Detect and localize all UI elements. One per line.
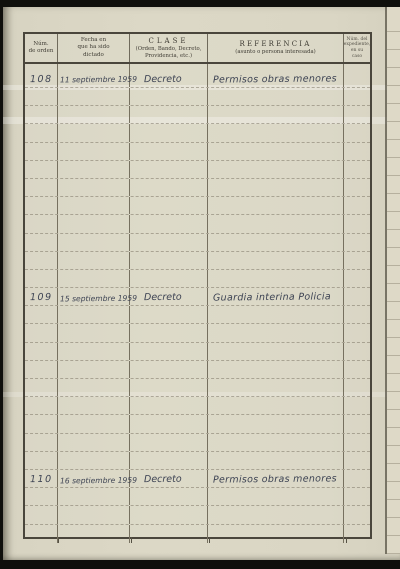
cell-expediente [344, 470, 370, 487]
column-tick [131, 537, 132, 543]
column-tick [58, 537, 59, 543]
cell-num [25, 488, 58, 505]
cell-expediente [344, 215, 370, 232]
header-label: Núm. [33, 41, 48, 48]
cell-clase [130, 88, 208, 105]
cell-num [25, 306, 58, 323]
cell-num [25, 179, 58, 196]
cell-num [25, 415, 58, 432]
cell-clase [130, 415, 208, 432]
table-row [25, 343, 370, 361]
cell-num [25, 525, 58, 543]
cell-fecha [58, 252, 130, 269]
cell-expediente [344, 88, 370, 105]
cell-clase [130, 143, 208, 160]
cell-fecha [58, 179, 130, 196]
cell-num [25, 234, 58, 251]
cell-referencia [208, 361, 344, 378]
cell-expediente [344, 124, 370, 141]
table-row [25, 179, 370, 197]
header-title: CLASE [149, 37, 189, 46]
table-row [25, 379, 370, 397]
cell-num [25, 197, 58, 214]
table-header: Núm. de orden Fecha en que ha sido dicta… [25, 34, 370, 64]
cell-fecha [58, 379, 130, 396]
cell-num [25, 397, 58, 414]
cell-fecha [58, 343, 130, 360]
cell-num [25, 324, 58, 341]
cell-expediente [344, 252, 370, 269]
cell-num [25, 506, 58, 523]
handwritten-clase: Decreto [130, 74, 182, 87]
cell-fecha [58, 415, 130, 432]
cell-clase [130, 525, 208, 543]
cell-num [25, 343, 58, 360]
cell-clase [130, 215, 208, 232]
cell-referencia [208, 397, 344, 414]
cell-expediente [344, 488, 370, 505]
table-row [25, 434, 370, 452]
column-header-fecha: Fecha en que ha sido dictado [58, 34, 130, 62]
cell-referencia [208, 434, 344, 451]
header-subtitle: Providencia, etc.) [145, 53, 192, 60]
cell-expediente [344, 452, 370, 469]
next-page-sliver [387, 7, 400, 554]
cell-referencia [208, 197, 344, 214]
cell-expediente [344, 506, 370, 523]
cell-fecha [58, 506, 130, 523]
cell-referencia [208, 343, 344, 360]
handwritten-clase: Decreto [130, 474, 182, 487]
table-row [25, 306, 370, 324]
cell-num [25, 124, 58, 141]
cell-referencia: Guardia interina Policia [208, 288, 344, 305]
cell-fecha [58, 452, 130, 469]
cell-referencia [208, 415, 344, 432]
cell-num [25, 161, 58, 178]
header-label: caso [352, 54, 362, 60]
header-label: que ha sido [77, 44, 109, 51]
cell-fecha [58, 488, 130, 505]
handwritten-fecha: 15 septiembre 1959 [58, 294, 137, 305]
cell-fecha [58, 234, 130, 251]
cell-clase [130, 506, 208, 523]
cell-fecha [58, 434, 130, 451]
cell-clase [130, 488, 208, 505]
cell-num: 108 [25, 64, 58, 87]
handwritten-referencia: Guardia interina Policia [208, 292, 331, 306]
cell-num [25, 88, 58, 105]
table-row [25, 197, 370, 215]
cell-clase: Decreto [130, 288, 208, 305]
column-tick [346, 537, 347, 543]
table-row [25, 161, 370, 179]
table-row [25, 143, 370, 161]
cell-referencia [208, 506, 344, 523]
table-row: 11016 septiembre 1959DecretoPermisos obr… [25, 470, 370, 488]
cell-expediente [344, 234, 370, 251]
cell-expediente [344, 397, 370, 414]
cell-fecha [58, 270, 130, 287]
handwritten-num: 110 [30, 475, 53, 488]
cell-referencia [208, 252, 344, 269]
table-row: 10811 septiembre 1959DecretoPermisos obr… [25, 64, 370, 88]
cell-fecha [58, 161, 130, 178]
header-title: REFERENCIA [239, 40, 311, 49]
handwritten-num: 108 [30, 74, 53, 87]
cell-expediente [344, 64, 370, 87]
table-row [25, 252, 370, 270]
decree-register-table: Núm. de orden Fecha en que ha sido dicta… [23, 32, 372, 539]
cell-clase [130, 161, 208, 178]
cell-num [25, 215, 58, 232]
cell-referencia [208, 215, 344, 232]
cell-referencia [208, 379, 344, 396]
cell-referencia [208, 452, 344, 469]
cell-num [25, 270, 58, 287]
table-row: 10915 septiembre 1959DecretoGuardia inte… [25, 288, 370, 306]
cell-fecha [58, 143, 130, 160]
cell-clase [130, 324, 208, 341]
cell-clase: Decreto [130, 470, 208, 487]
header-label: Fecha en [81, 37, 106, 44]
cell-clase [130, 252, 208, 269]
cell-referencia [208, 525, 344, 543]
paper-sheet: Núm. de orden Fecha en que ha sido dicta… [3, 7, 400, 560]
cell-clase [130, 379, 208, 396]
cell-clase [130, 397, 208, 414]
cell-referencia [208, 88, 344, 105]
cell-fecha [58, 88, 130, 105]
cell-expediente [344, 361, 370, 378]
cell-expediente [344, 106, 370, 123]
cell-clase [130, 234, 208, 251]
cell-fecha [58, 361, 130, 378]
cell-referencia [208, 324, 344, 341]
cell-fecha: 15 septiembre 1959 [58, 288, 130, 305]
cell-fecha [58, 306, 130, 323]
scanned-register-page: { "table": { "header": { "num": ["Núm.",… [0, 0, 400, 569]
table-row [25, 397, 370, 415]
header-subtitle: (Orden, Bando, Decreto, [136, 46, 202, 53]
table-row [25, 415, 370, 433]
cell-referencia: Permisos obras menores [208, 64, 344, 87]
cell-num: 109 [25, 288, 58, 305]
table-row [25, 215, 370, 233]
cell-num: 110 [25, 470, 58, 487]
cell-referencia [208, 234, 344, 251]
cell-clase [130, 124, 208, 141]
cell-expediente [344, 525, 370, 543]
cell-expediente [344, 143, 370, 160]
cell-referencia [208, 106, 344, 123]
table-row [25, 124, 370, 142]
cell-num [25, 252, 58, 269]
cell-expediente [344, 161, 370, 178]
table-row [25, 106, 370, 124]
cell-num [25, 361, 58, 378]
cell-expediente [344, 415, 370, 432]
cell-clase [130, 361, 208, 378]
table-row [25, 525, 370, 543]
cell-fecha [58, 525, 130, 543]
column-tick [209, 537, 210, 543]
cell-clase [130, 179, 208, 196]
handwritten-fecha: 16 septiembre 1959 [58, 476, 137, 487]
cell-clase: Decreto [130, 64, 208, 87]
cell-expediente [344, 434, 370, 451]
cell-referencia [208, 179, 344, 196]
cell-fecha: 11 septiembre 1959 [58, 64, 130, 87]
handwritten-fecha: 11 septiembre 1959 [58, 76, 137, 87]
cell-clase [130, 343, 208, 360]
handwritten-referencia: Permisos obras menores [208, 74, 337, 88]
cell-num [25, 434, 58, 451]
cell-referencia [208, 306, 344, 323]
cell-num [25, 452, 58, 469]
cell-num [25, 379, 58, 396]
cell-fecha [58, 324, 130, 341]
table-row [25, 488, 370, 506]
cell-fecha [58, 106, 130, 123]
cell-fecha [58, 197, 130, 214]
cell-clase [130, 270, 208, 287]
table-row [25, 234, 370, 252]
cell-referencia: Permisos obras menores [208, 470, 344, 487]
cell-fecha [58, 124, 130, 141]
cell-referencia [208, 143, 344, 160]
cell-num [25, 106, 58, 123]
cell-num [25, 143, 58, 160]
cell-referencia [208, 124, 344, 141]
cell-expediente [344, 270, 370, 287]
cell-clase [130, 106, 208, 123]
column-header-num-orden: Núm. de orden [25, 34, 58, 62]
cell-fecha: 16 septiembre 1959 [58, 470, 130, 487]
table-row [25, 324, 370, 342]
cell-expediente [344, 324, 370, 341]
header-subtitle: (asunto o persona interesada) [235, 49, 315, 56]
cell-expediente [344, 179, 370, 196]
column-header-expediente: Núm. del expediente, en su caso [344, 34, 370, 62]
cell-referencia [208, 270, 344, 287]
cell-clase [130, 452, 208, 469]
cell-fecha [58, 215, 130, 232]
table-body: 10811 septiembre 1959DecretoPermisos obr… [25, 64, 370, 543]
cell-clase [130, 306, 208, 323]
cell-expediente [344, 343, 370, 360]
table-row [25, 270, 370, 288]
cell-expediente [344, 288, 370, 305]
table-row [25, 452, 370, 470]
handwritten-clase: Decreto [130, 292, 182, 305]
table-row [25, 506, 370, 524]
cell-expediente [344, 197, 370, 214]
cell-referencia [208, 488, 344, 505]
cell-expediente [344, 306, 370, 323]
column-header-referencia: REFERENCIA (asunto o persona interesada) [208, 34, 344, 62]
table-row [25, 361, 370, 379]
header-label: de orden [29, 48, 54, 55]
handwritten-referencia: Permisos obras menores [208, 474, 337, 488]
cell-referencia [208, 161, 344, 178]
header-label: dictado [83, 52, 104, 59]
cell-expediente [344, 379, 370, 396]
column-header-clase: CLASE (Orden, Bando, Decreto, Providenci… [130, 34, 208, 62]
table-row [25, 88, 370, 106]
cell-clase [130, 434, 208, 451]
cell-fecha [58, 397, 130, 414]
cell-clase [130, 197, 208, 214]
handwritten-num: 109 [30, 293, 53, 306]
